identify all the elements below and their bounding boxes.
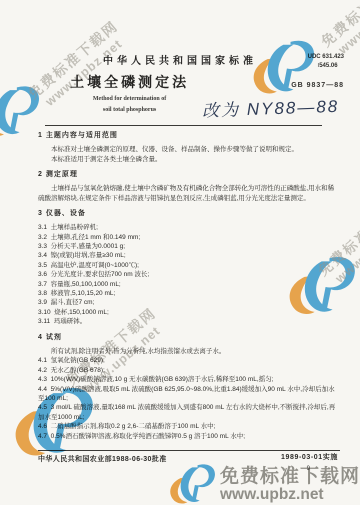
reagent-item: 4.7 0.5%酒石酸锑钾溶液,称取化学纯酒石酸锑钾0.5 g 溶于100 mL… [38, 432, 338, 441]
section2-heading: 2 测定原理 [38, 170, 338, 180]
equipment-item: 3.4 镍(或银)坩埚,容量≥30 mL; [38, 251, 338, 260]
reagent-item: 4.6 二硝基酚指示剂,称取0.2 g 2,6-二硝基酚溶于100 mL 水中; [38, 422, 338, 431]
standard-number: GB 9837—88 [291, 82, 344, 89]
page-number: 9 [307, 466, 310, 472]
equipment-item: 3.8 移液管,5,10,15,20 mL; [38, 289, 338, 298]
equipment-item: 3.3 分析天平,感量为0.0001 g; [38, 242, 338, 251]
section4-heading: 4 试剂 [38, 333, 338, 343]
section2-paragraph: 土壤样品与氢氧化钠熔融,使土壤中含磷矿物及有机磷化合物全部转化为可溶性的正磷酸盐… [38, 184, 338, 203]
equipment-item: 3.11 玛瑙研钵。 [38, 317, 338, 326]
watermark-site-url: www.upbz.net [220, 487, 360, 503]
udc-classification: UDC 631.423 ∶545.06 [308, 53, 344, 71]
udc-line2: ∶545.06 [308, 62, 344, 71]
equipment-item: 3.6 分光光度计,要求包括700 nm 波长; [38, 270, 338, 279]
reagent-item: 4.4 5%(V/V)硫酸溶液,吸取5 mL 浓硫酸(GB 625,95.0~9… [38, 385, 338, 404]
equipment-item: 3.2 土壤筛,孔径1 mm 和0.149 mm; [38, 233, 338, 242]
document-title: 土壤全磷测定法 [0, 72, 259, 92]
reagent-item: 4.3 10%(W/V)碳酸钠溶液,10 g 无水碳酸钠(GB 639)溶于水后… [38, 375, 338, 384]
footer-watermark: 免费标准下载网 www.upbz.net [162, 461, 360, 505]
document-header: 中华人民共和国国家标准 UDC 631.423 ∶545.06 GB 9837—… [0, 0, 360, 128]
section3-heading: 3 仪器、设备 [38, 209, 338, 219]
reagent-item: 4.2 无水乙醇(GB 678); [38, 366, 338, 375]
equipment-item: 3.1 土壤样品粉碎机; [38, 223, 338, 232]
section4-intro: 所有试剂,除注明者外,皆为分析纯,水均指蒸馏水或去离子水。 [38, 347, 338, 356]
equipment-item: 3.7 容量瓶,50,100,1000 mL; [38, 280, 338, 289]
implementation-date: 1989-03-01实施 [281, 452, 338, 462]
equipment-item: 3.9 漏斗,直径7 cm; [38, 298, 338, 307]
footer-watermark-text: 免费标准下载网 www.upbz.net [220, 467, 360, 503]
udc-line1: UDC 631.423 [308, 53, 344, 62]
reagent-item: 4.1 氢氧化钠(GB 629); [38, 356, 338, 365]
header-divider [45, 125, 322, 127]
section1-paragraph: 本标准适用于测定各类土壤全磷含量。 [38, 155, 338, 164]
document-body: 1 主题内容与适用范围 本标准对土壤全磷测定的原理、仪器、设备、样品制备、操作步… [38, 131, 338, 441]
scanned-standard-page: 中华人民共和国国家标准 UDC 631.423 ∶545.06 GB 9837—… [0, 0, 360, 505]
standard-heading: 中华人民共和国国家标准 [0, 52, 360, 67]
section1-paragraph: 本标准对土壤全磷测定的原理、仪器、设备、样品制备、操作步骤等做了说明和规定。 [38, 145, 338, 154]
equipment-item: 3.10 烧杯,150,1000 mL; [38, 308, 338, 317]
section1-heading: 1 主题内容与适用范围 [38, 131, 338, 141]
reagent-item: 4.5 3 mol/L 硫酸溶液,量取168 mL 浓硫酸缓缓加入到盛有800 … [38, 403, 338, 422]
approval-statement: 中华人民共和国农业部1988-06-30批准 [38, 454, 167, 464]
handwritten-annotation: 改为 NY88—88 [202, 91, 353, 121]
up-logo-icon [162, 461, 216, 505]
watermark-site-name: 免费标准下载网 [220, 467, 360, 487]
equipment-item: 3.5 高温电炉,温度可调(0~1000℃); [38, 261, 338, 270]
